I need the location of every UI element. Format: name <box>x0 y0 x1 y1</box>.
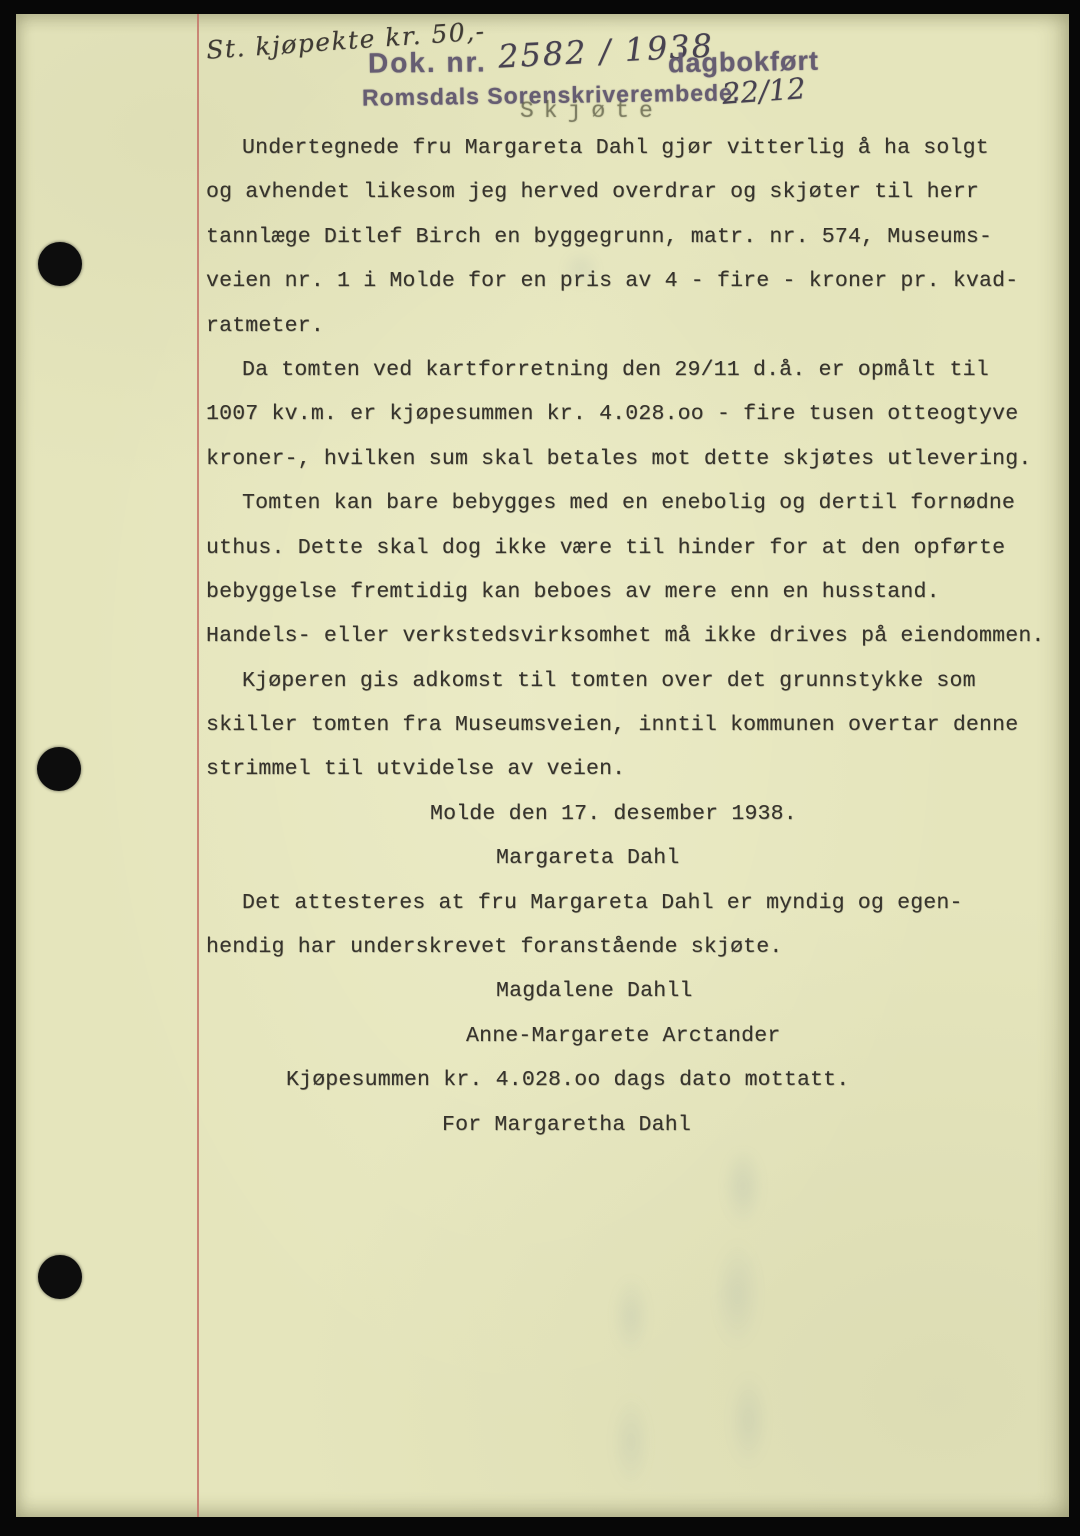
document-line: Det attesteres at fru Margareta Dahl er … <box>206 881 1056 925</box>
document-line: veien nr. 1 i Molde for en pris av 4 - f… <box>206 259 1056 303</box>
document-line: kroner-, hvilken sum skal betales mot de… <box>206 437 1056 481</box>
document-line: Kjøpesummen kr. 4.028.oo dags dato motta… <box>206 1058 1056 1102</box>
punch-hole <box>38 242 82 286</box>
document-line: Tomten kan bare bebygges med en enebolig… <box>206 481 1056 525</box>
signature-line: Anne-Margarete Arctander <box>206 1014 1056 1058</box>
faint-deed-title: Skjøte <box>520 98 663 124</box>
document-line: skiller tomten fra Museumsveien, inntil … <box>206 703 1056 747</box>
document-line: hendig har underskrevet foranstående skj… <box>206 925 1056 969</box>
handwritten-entry-date: 22/12 <box>721 71 807 111</box>
document-line: uthus. Dette skal dog ikke være til hind… <box>206 526 1056 570</box>
ink-bleed-through <box>586 1260 676 1536</box>
red-margin-line <box>197 14 199 1517</box>
document-line: Handels- eller verkstedsvirksomhet må ik… <box>206 614 1056 658</box>
scanned-page: St. kjøpekte kr. 50,- Dok. nr. 2582 / 19… <box>16 14 1069 1517</box>
document-line: strimmel til utvidelse av veien. <box>206 747 1056 791</box>
document-line: Da tomten ved kartforretning den 29/11 d… <box>206 348 1056 392</box>
document-line: tannlæge Ditlef Birch en byggegrunn, mat… <box>206 215 1056 259</box>
document-line: Kjøperen gis adkomst til tomten over det… <box>206 659 1056 703</box>
document-line: bebyggelse fremtidig kan beboes av mere … <box>206 570 1056 614</box>
document-line: 1007 kv.m. er kjøpesummen kr. 4.028.oo -… <box>206 392 1056 436</box>
document-line: ratmeter. <box>206 304 1056 348</box>
document-line: og avhendet likesom jeg herved overdrar … <box>206 170 1056 214</box>
stamp-doc-number-label: Dok. nr. <box>368 46 487 79</box>
document-line: Undertegnede fru Margareta Dahl gjør vit… <box>206 126 1056 170</box>
ink-bleed-through <box>688 1150 798 1510</box>
signature-line: For Margaretha Dahl <box>206 1103 1056 1147</box>
scan-background: { "colors": { "paper": "#e5e5bc", "typew… <box>0 0 1080 1536</box>
document-dateline: Molde den 17. desember 1938. <box>206 792 1056 836</box>
punch-hole <box>37 747 81 791</box>
punch-hole <box>38 1255 82 1299</box>
deed-body-text: Undertegnede fru Margareta Dahl gjør vit… <box>206 126 1056 1147</box>
signature-line: Margareta Dahl <box>206 836 1056 880</box>
signature-line: Magdalene Dahll <box>206 969 1056 1013</box>
